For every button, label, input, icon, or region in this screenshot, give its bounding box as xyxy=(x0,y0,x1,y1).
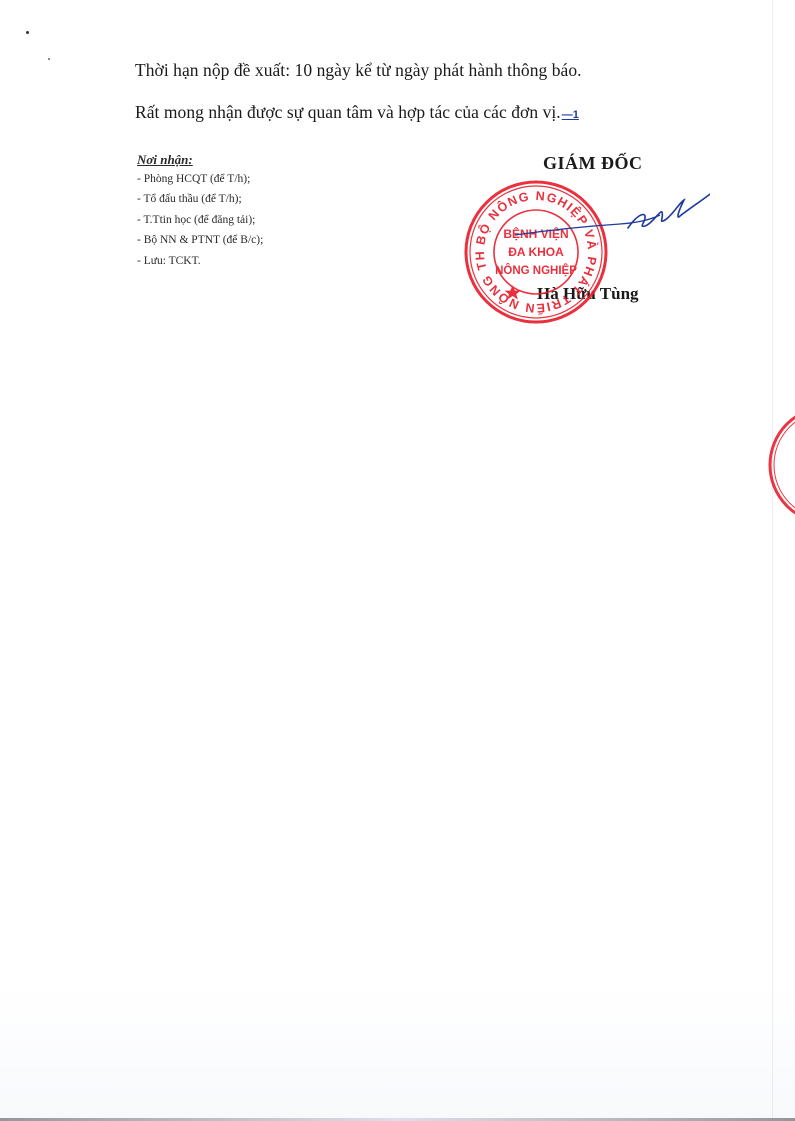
recipient-item: - T.Ttin học (để đăng tải); xyxy=(137,210,263,231)
svg-text:NÔNG NGHIỆP: NÔNG NGHIỆP xyxy=(495,264,577,277)
handwritten-signature-icon xyxy=(510,180,710,240)
signer-title: GIÁM ĐỐC xyxy=(543,153,643,174)
scan-artifact xyxy=(26,31,29,34)
partial-stamp-icon: NÔNG NGHIỆP xyxy=(768,405,795,525)
closing-text-line: Rất mong nhận được sự quan tâm và hợp tá… xyxy=(135,102,579,123)
signature-block: GIÁM ĐỐC Hà Hữu Tùng BỘ NÔNG NGHIỆP VÀ P… xyxy=(470,150,720,320)
scan-artifact xyxy=(48,58,50,60)
handwritten-mark: —1 xyxy=(562,109,579,121)
recipients-title: Nơi nhận: xyxy=(137,150,263,171)
svg-text:ĐA KHOA: ĐA KHOA xyxy=(508,245,564,259)
recipient-item: - Tổ đấu thầu (để T/h); xyxy=(137,189,263,210)
recipient-item: - Bộ NN & PTNT (để B/c); xyxy=(137,230,263,251)
recipients-list: Nơi nhận: - Phòng HCQT (để T/h); - Tổ đấ… xyxy=(137,150,263,271)
recipient-item: - Phòng HCQT (để T/h); xyxy=(137,169,263,190)
deadline-text: Thời hạn nộp đề xuất: 10 ngày kể từ ngày… xyxy=(135,60,582,81)
closing-text: Rất mong nhận được sự quan tâm và hợp tá… xyxy=(135,102,561,122)
scan-edge-line xyxy=(772,0,773,1121)
document-page: Thời hạn nộp đề xuất: 10 ngày kể từ ngày… xyxy=(0,0,795,1121)
recipient-item: - Lưu: TCKT. xyxy=(137,251,263,272)
